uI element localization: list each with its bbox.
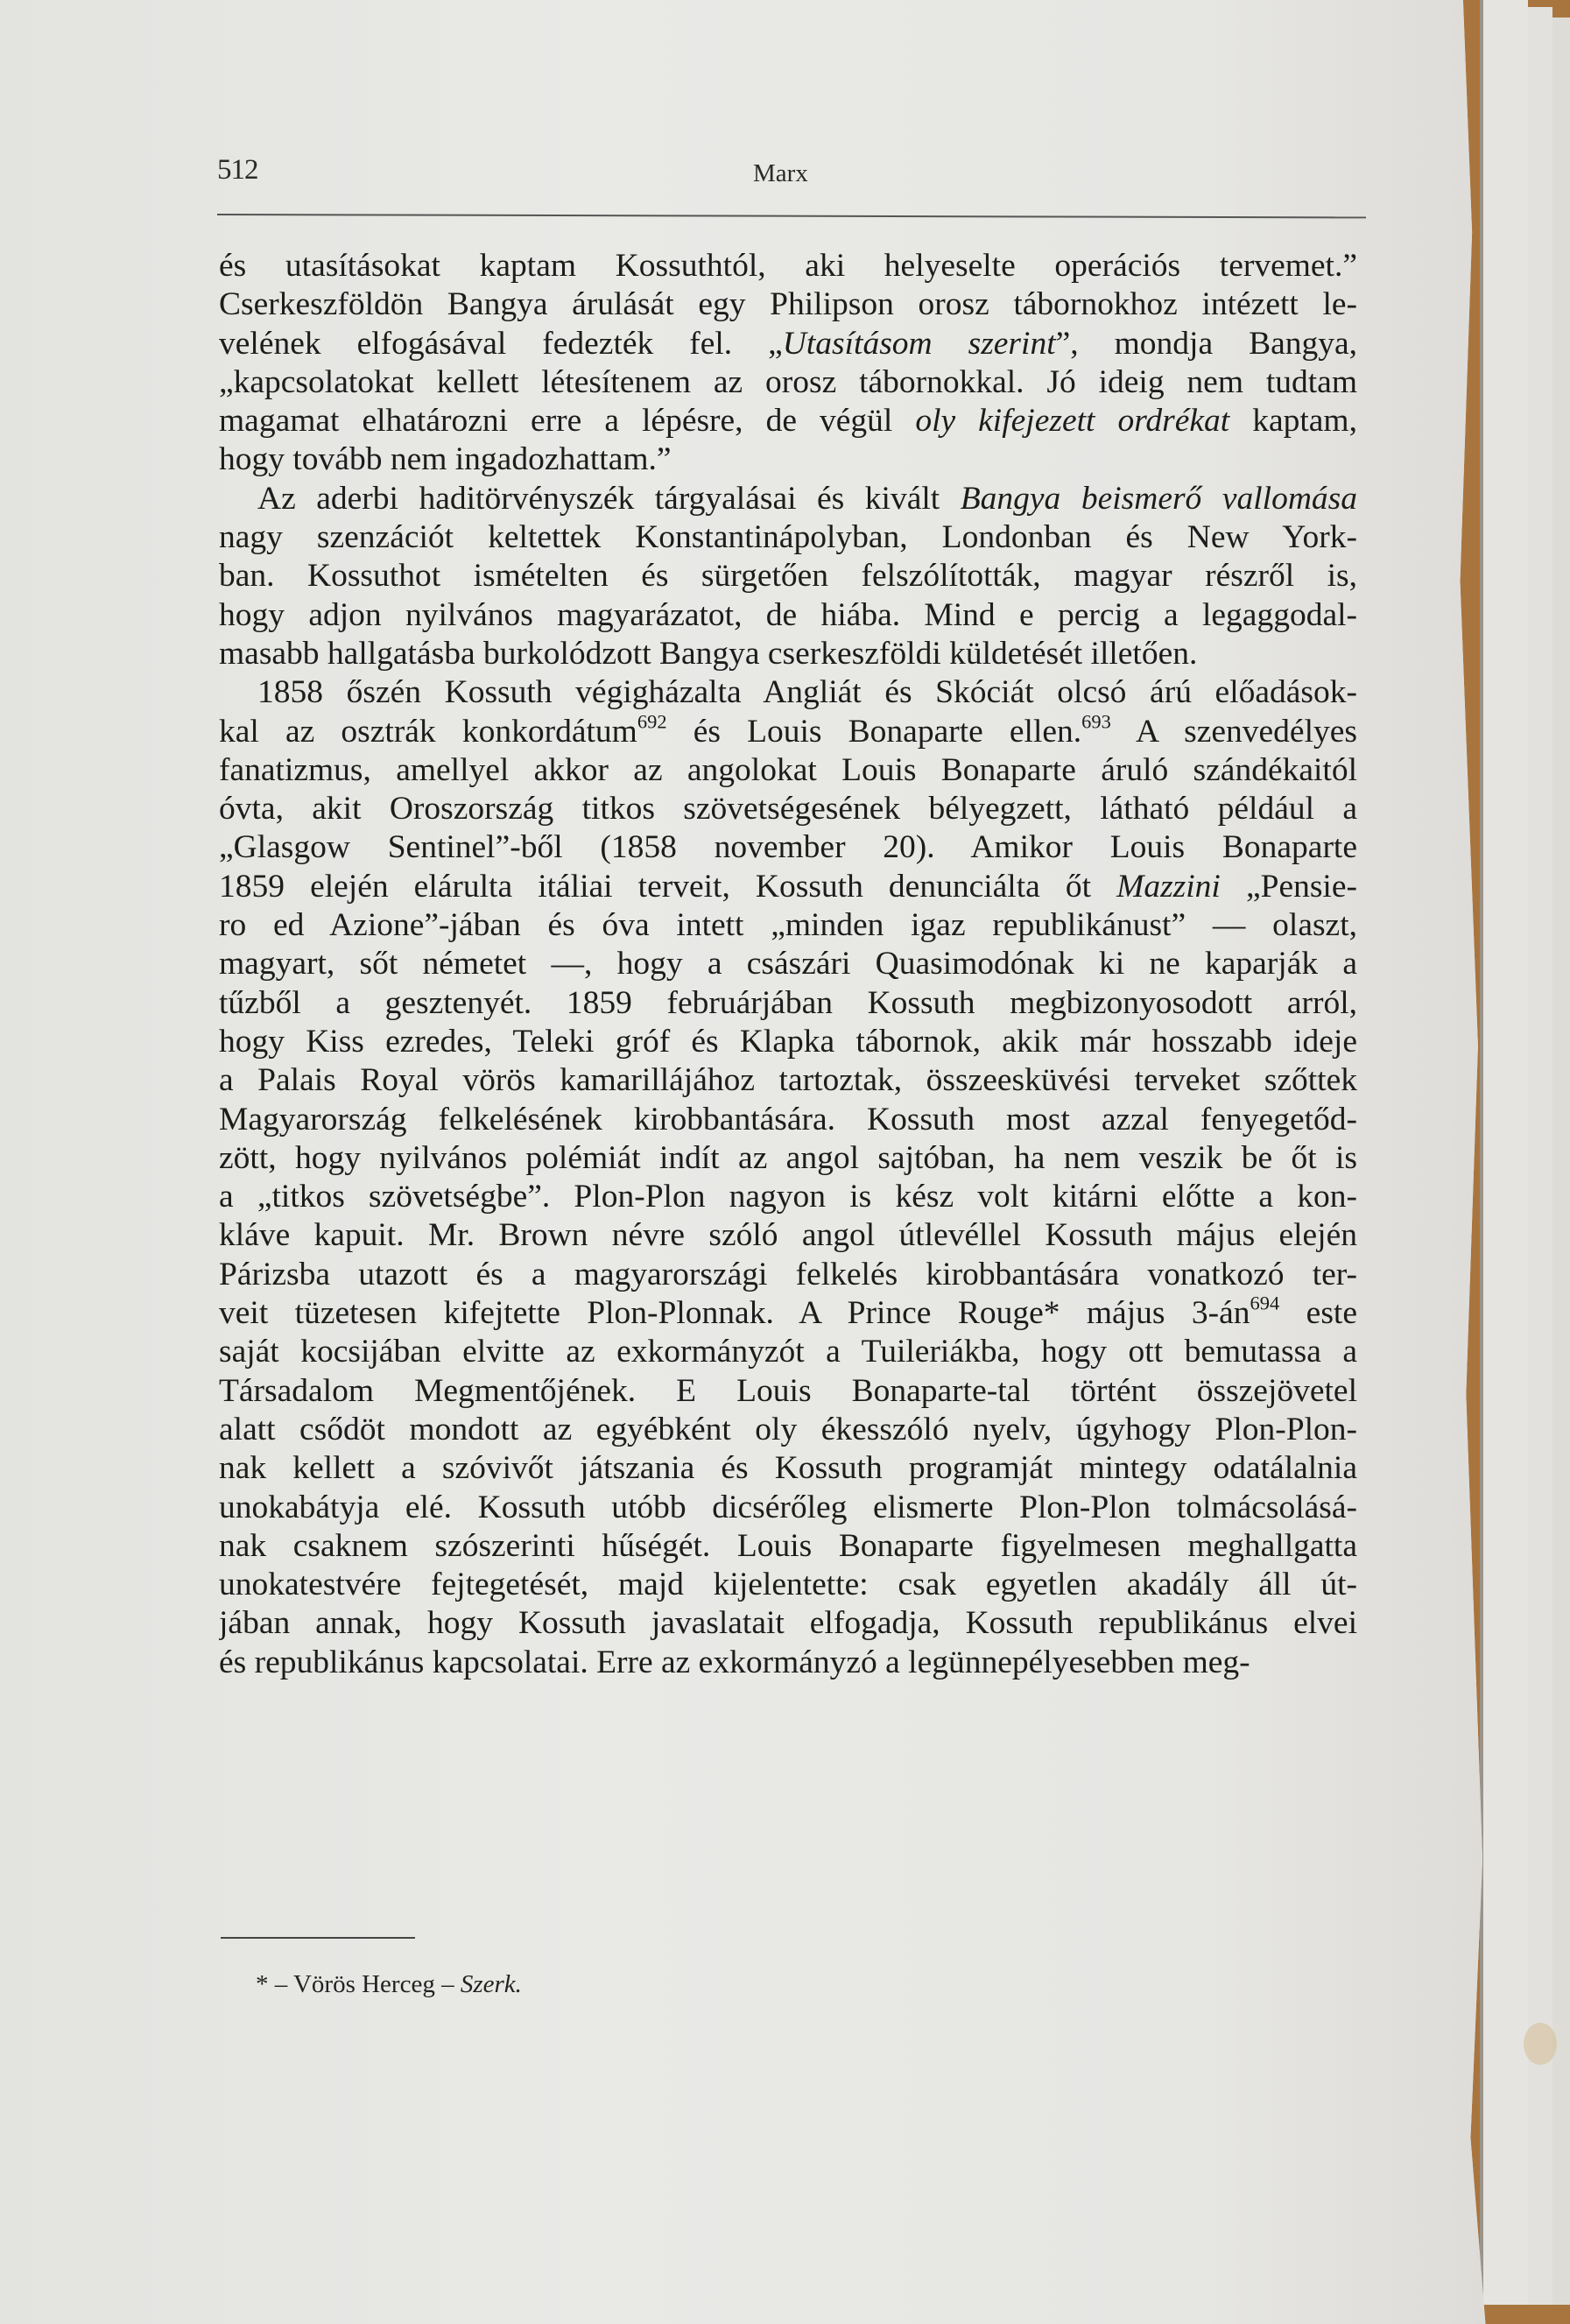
text-run: zött, hogy nyilvános polémiát indít az a… (219, 1140, 1357, 1176)
text-run: „Glasgow Sentinel”-ből (1858 november 20… (219, 829, 1357, 865)
footnote: * – Vörös Herceg – Szerk. (256, 1970, 522, 1999)
header-rule (217, 214, 1366, 218)
text-line: a „titkos szövetségbe”. Plon-Plon nagyon… (219, 1178, 1357, 1216)
text-line: unokabátyja elé. Kossuth utóbb dicsérőle… (219, 1489, 1357, 1527)
text-line: nak kellett a szóvivőt játszania és Koss… (219, 1449, 1357, 1488)
text-line: ro ed Azione”-jában és óva intett „minde… (219, 906, 1357, 945)
text-run: alatt csődöt mondott az egyébként oly ék… (219, 1412, 1357, 1447)
text-line: alatt csődöt mondott az egyébként oly ék… (219, 1411, 1357, 1449)
text-line: óvta, akit Oroszország titkos szövetsége… (219, 790, 1357, 828)
text-run: velének elfogásával fedezték fel. „ (219, 326, 783, 362)
text-run: unokabátyja elé. Kossuth utóbb dicsérőle… (219, 1489, 1357, 1525)
text-run: és Louis Bonaparte ellen. (667, 714, 1082, 750)
text-run: fanatizmus, amellyel akkor az angolokat … (219, 752, 1357, 788)
text-run: Párizsba utazott és a magyarországi felk… (219, 1257, 1357, 1292)
text-run: jában annak, hogy Kossuth javaslatait el… (219, 1605, 1357, 1641)
text-run: és utasításokat kaptam Kossuthtól, aki h… (219, 248, 1357, 284)
text-line: hogy tovább nem ingadozhattam.” (219, 440, 1357, 479)
text-line: Társadalom Megmentőjének. E Louis Bonapa… (219, 1372, 1357, 1411)
running-title: Marx (753, 159, 808, 188)
footnote-text: – Vörös Herceg – (269, 1970, 461, 1998)
text-line: nak csaknem szószerinti hűségét. Louis B… (219, 1527, 1357, 1566)
text-run: nak kellett a szóvivőt játszania és Koss… (219, 1450, 1357, 1486)
text-run: kaptam, (1229, 403, 1357, 439)
underlying-page-1 (1480, 0, 1528, 2305)
text-run: este (1279, 1295, 1357, 1331)
text-run: a „titkos szövetségbe”. Plon-Plon nagyon… (219, 1179, 1357, 1215)
italic-text: Mazzini (1116, 869, 1221, 905)
text-line: saját kocsijában elvitte az exkormányzót… (219, 1333, 1357, 1371)
footnote-reference: 692 (637, 713, 667, 732)
text-run: Magyarország felkelésének kirobbantására… (219, 1102, 1357, 1137)
text-line: nagy szenzációt keltettek Konstantinápol… (219, 518, 1357, 557)
text-run: unokatestvére fejtegetését, majd kijelen… (219, 1567, 1357, 1602)
text-line: „Glasgow Sentinel”-ből (1858 november 20… (219, 828, 1357, 867)
text-line: a Palais Royal vörös kamarillájához tart… (219, 1061, 1357, 1100)
text-line: unokatestvére fejtegetését, majd kijelen… (219, 1566, 1357, 1604)
text-run: Az aderbi haditörvényszék tárgyalásai és… (257, 481, 961, 517)
text-run: saját kocsijában elvitte az exkormányzót… (219, 1334, 1357, 1370)
text-line: ban. Kossuthot ismételten és sürgetően f… (219, 557, 1357, 595)
text-run: 1859 elején elárulta itáliai terveit, Ko… (219, 869, 1116, 905)
text-run: masabb hallgatásba burkolódzott Bangya c… (219, 636, 1197, 672)
text-run: „Pensie- (1221, 869, 1357, 905)
text-line: Magyarország felkelésének kirobbantására… (219, 1101, 1357, 1139)
text-run: kal az osztrák konkordátum (219, 714, 637, 750)
italic-text: oly kifejezett ordrékat (915, 403, 1229, 439)
footnote-reference: 693 (1081, 713, 1111, 732)
text-run: A szenvedélyes (1111, 714, 1357, 750)
text-run: a Palais Royal vörös kamarillájához tart… (219, 1062, 1357, 1098)
text-line: velének elfogásával fedezték fel. „Utasí… (219, 325, 1357, 363)
text-line: 1858 őszén Kossuth végigházalta Angliát … (219, 673, 1357, 712)
paragraph: Az aderbi haditörvényszék tárgyalásai és… (219, 480, 1357, 673)
text-run: „kapcsolatokat kellett létesítenem az or… (219, 364, 1357, 400)
text-run: magamat elhatározni erre a lépésre, de v… (219, 403, 915, 439)
text-line: Párizsba utazott és a magyarországi felk… (219, 1256, 1357, 1294)
text-line: és republikánus kapcsolatai. Erre az exk… (219, 1644, 1357, 1682)
text-run: óvta, akit Oroszország titkos szövetsége… (219, 791, 1357, 827)
paragraph: és utasításokat kaptam Kossuthtól, aki h… (219, 247, 1357, 480)
text-line: Cserkeszföldön Bangya árulását egy Phili… (219, 285, 1357, 324)
page-number: 512 (217, 154, 258, 187)
text-line: és utasításokat kaptam Kossuthtól, aki h… (219, 247, 1357, 285)
text-line: kal az osztrák konkordátum692 és Louis B… (219, 713, 1357, 751)
text-run: nagy szenzációt keltettek Konstantinápol… (219, 519, 1357, 555)
text-run: kláve kapuit. Mr. Brown névre szóló ango… (219, 1217, 1357, 1253)
text-line: Az aderbi haditörvényszék tárgyalásai és… (219, 480, 1357, 518)
text-line: hogy Kiss ezredes, Teleki gróf és Klapka… (219, 1023, 1357, 1061)
text-line: veit tüzetesen kifejtette Plon-Plonnak. … (219, 1294, 1357, 1333)
text-run: ban. Kossuthot ismételten és sürgetően f… (219, 558, 1357, 594)
text-line: zött, hogy nyilvános polémiát indít az a… (219, 1139, 1357, 1178)
text-run: hogy Kiss ezredes, Teleki gróf és Klapka… (219, 1024, 1357, 1060)
running-head: 512 Marx (217, 154, 1355, 207)
text-line: 1859 elején elárulta itáliai terveit, Ko… (219, 868, 1357, 906)
text-line: kláve kapuit. Mr. Brown névre szóló ango… (219, 1216, 1357, 1255)
text-run: ro ed Azione”-jában és óva intett „minde… (219, 907, 1357, 943)
footnote-reference: 694 (1250, 1294, 1280, 1313)
text-line: tűzből a gesztenyét. 1859 februárjában K… (219, 984, 1357, 1023)
text-run: Cserkeszföldön Bangya árulását egy Phili… (219, 286, 1357, 322)
text-run: veit tüzetesen kifejtette Plon-Plonnak. … (219, 1295, 1250, 1331)
body-text: és utasításokat kaptam Kossuthtól, aki h… (219, 247, 1357, 1682)
text-run: ”, mondja Bangya, (1056, 326, 1357, 362)
text-run: Társadalom Megmentőjének. E Louis Bonapa… (219, 1373, 1357, 1409)
text-run: 1858 őszén Kossuth végigházalta Angliát … (257, 674, 1357, 710)
text-line: hogy adjon nyilvános magyarázatot, de hi… (219, 596, 1357, 635)
footnote-rule (221, 1937, 415, 1939)
text-line: magamat elhatározni erre a lépésre, de v… (219, 402, 1357, 440)
italic-text: Utasításom szerint (783, 326, 1056, 362)
text-run: és republikánus kapcsolatai. Erre az exk… (219, 1644, 1250, 1680)
book-page: 512 Marx és utasításokat kaptam Kossutht… (0, 0, 1493, 2324)
text-line: jában annak, hogy Kossuth javaslatait el… (219, 1604, 1357, 1643)
paper-stain (1524, 2023, 1557, 2065)
text-line: magyart, sőt németet —, hogy a császári … (219, 945, 1357, 983)
text-run: hogy adjon nyilvános magyarázatot, de hi… (219, 597, 1357, 633)
footnote-editor-note: Szerk. (461, 1970, 522, 1998)
text-run: magyart, sőt németet —, hogy a császári … (219, 946, 1357, 982)
text-run: tűzből a gesztenyét. 1859 februárjában K… (219, 985, 1357, 1021)
footnote-mark: * (256, 1970, 269, 1998)
text-line: fanatizmus, amellyel akkor az angolokat … (219, 751, 1357, 790)
text-line: masabb hallgatásba burkolódzott Bangya c… (219, 635, 1357, 673)
paragraph: 1858 őszén Kossuth végigházalta Angliát … (219, 673, 1357, 1682)
text-run: nak csaknem szószerinti hűségét. Louis B… (219, 1528, 1357, 1564)
italic-text: Bangya beismerő vallomása (961, 481, 1357, 517)
text-line: „kapcsolatokat kellett létesítenem az or… (219, 363, 1357, 402)
text-run: hogy tovább nem ingadozhattam.” (219, 441, 672, 477)
